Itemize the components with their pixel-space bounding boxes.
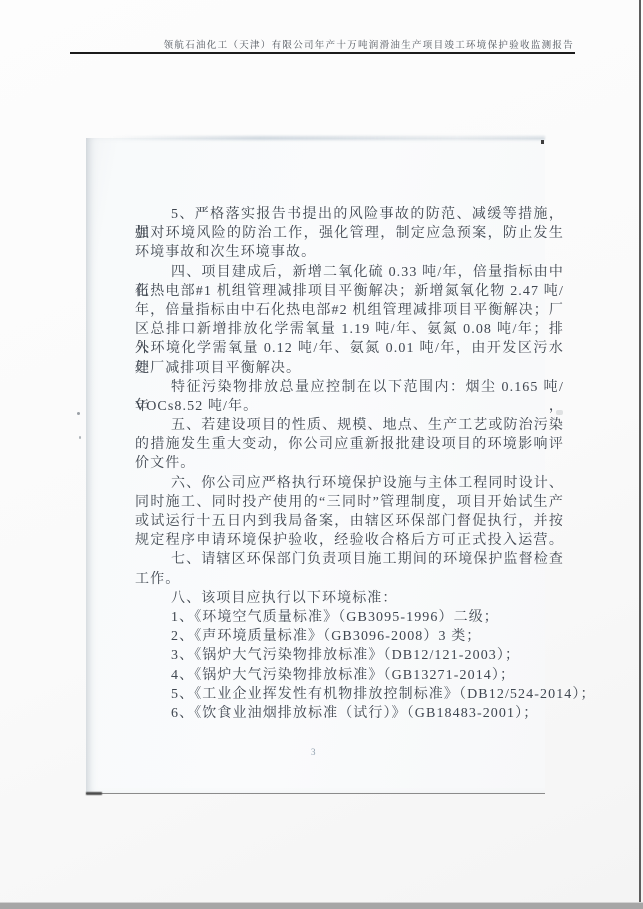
scan-dust-speck	[556, 410, 563, 415]
text-line: 强对环境风险的防治工作，强化管理，制定应急预案，防止发生	[135, 224, 564, 243]
text-line: 八、该项目应执行以下环境标准：	[135, 589, 564, 608]
text-line: 4、《锅炉大气污染物排放标准》（GB13271-2014）；	[135, 666, 564, 685]
text-line: 工作。	[135, 570, 564, 589]
text-line: 规定程序申请环境保护验收，经验收合格后方可正式投入运营。	[135, 531, 564, 550]
text-line: 1、《环境空气质量标准》（GB3095-1996）二级；	[135, 608, 564, 627]
page-number: 3	[311, 747, 316, 757]
text-line: 2、《声环境质量标准》（GB3096-2008）3 类；	[135, 627, 564, 646]
text-line: 价文件。	[135, 454, 564, 473]
scanner-bottom-band	[0, 902, 643, 909]
text-line: 七、请辖区环保部门负责项目施工期间的环境保护监督检查	[135, 550, 564, 569]
text-line: 外环境化学需氧量 0.12 吨/年、氨氮 0.01 吨/年，由开发区污水处	[135, 339, 564, 358]
scanned-sheet: 领航石油化工（天津）有限公司年产十万吨润滑油生产项目竣工环境保护验收监测报告 5…	[0, 0, 643, 909]
text-line: 区总排口新增排放化学需氧量 1.19 吨/年、氨氮 0.08 吨/年；排入	[135, 320, 564, 339]
scan-corner-mark-bottom-left	[86, 792, 102, 795]
scan-root: { "header": { "title": "领航石油化工（天津）有限公司年产…	[0, 0, 643, 909]
text-line: 六、你公司应严格执行环境保护设施与主体工程同时设计、	[135, 474, 564, 493]
text-line: 理厂减排项目平衡解决。	[135, 359, 564, 378]
text-line: 五、若建设项目的性质、规模、地点、生产工艺或防治污染	[135, 416, 564, 435]
text-line: 环境事故和次生环境事故。	[135, 243, 564, 262]
text-line: 的措施发生重大变动，你公司应重新报批建设项目的环境影响评	[135, 435, 564, 454]
scan-corner-mark-top-right	[541, 140, 544, 144]
text-line: 5、严格落实报告书提出的风险事故的防范、减缓等措施，加	[135, 205, 564, 224]
report-header-title: 领航石油化工（天津）有限公司年产十万吨润滑油生产项目竣工环境保护验收监测报告	[164, 37, 574, 51]
text-line: 化热电部#1 机组管理减排项目平衡解决；新增氮氧化物 2.47 吨/	[135, 282, 564, 301]
scan-top-edge-shadow	[106, 136, 545, 140]
scan-dust-speck	[77, 412, 80, 415]
text-line: 同时施工、同时投产使用的“三同时”管理制度，项目开始试生产	[135, 493, 564, 512]
document-body-text: 5、严格落实报告书提出的风险事故的防范、减缓等措施，加强对环境风险的防治工作，强…	[135, 205, 564, 723]
text-line: 5、《工业企业挥发性有机物排放控制标准》（DB12/524-2014）；	[135, 685, 564, 704]
scanner-edge-line	[639, 0, 641, 909]
text-line: 6、《饮食业油烟排放标准（试行）》（GB18483-2001）；	[135, 704, 564, 723]
text-line: 四、项目建成后，新增二氧化硫 0.33 吨/年，倍量指标由中石	[135, 263, 564, 282]
text-line: 3、《锅炉大气污染物排放标准》（DB12/121-2003）；	[135, 646, 564, 665]
text-line: 或试运行十五日内到我局备案，由辖区环保部门督促执行，并按	[135, 512, 564, 531]
header-underline	[70, 52, 575, 54]
scan-dust-speck	[79, 436, 81, 439]
text-line: 年，倍量指标由中石化热电部#2 机组管理减排项目平衡解决；厂	[135, 301, 564, 320]
text-line: 特征污染物排放总量应控制在以下范围内：烟尘 0.165 吨/年，	[135, 378, 564, 397]
